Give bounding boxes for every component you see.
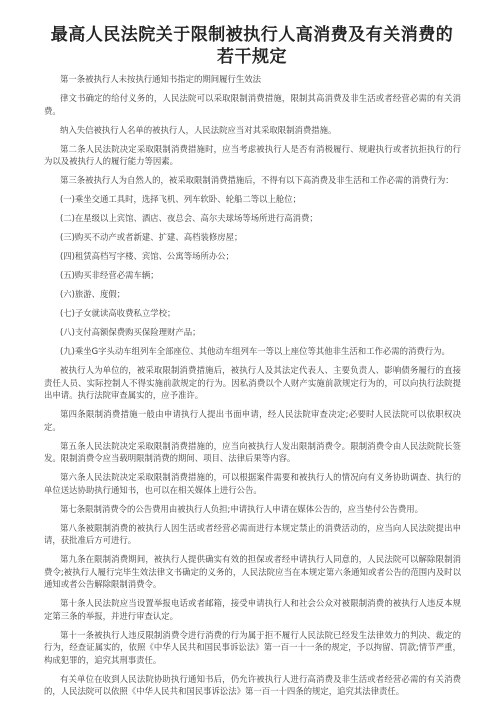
document-page: 最高人民法院关于限制被执行人高消费及有关消费的 若干规定 第一条被执行人未按执行… <box>0 0 504 713</box>
paragraph-article-5: 第五条人民法院决定采取限制消费措施的，应当向被执行人发出限制消费令。限制消费令由… <box>44 440 461 465</box>
document-title: 最高人民法院关于限制被执行人高消费及有关消费的 若干规定 <box>40 24 464 68</box>
paragraph-article-1-part-3: 纳入失信被执行人名单的被执行人，人民法院应当对其采取限制消费措施。 <box>44 124 461 137</box>
paragraph-article-3-units: 被执行人为单位的，被采取限制消费措施后，被执行人及其法定代表人、主要负责人、影响… <box>44 364 461 402</box>
list-item-3-3: (三)购买不动产或者新建、扩建、高档装修房屋； <box>44 231 461 244</box>
list-item-3-2: (二)在星级以上宾馆、酒店、夜总会、高尔夫球场等场所进行高消费； <box>44 212 461 225</box>
list-item-3-4: (四)租赁高档写字楼、宾馆、公寓等场所办公； <box>44 250 461 263</box>
list-item-3-5: (五)购买非经营必需车辆； <box>44 269 461 282</box>
paragraph-article-10: 第十条人民法院应当设置举报电话或者邮箱，接受申请执行人和社会公众对被限制消费的被… <box>44 597 461 622</box>
paragraph-article-11-units: 有关单位在收到人民法院协助执行通知书后，仍允许被执行人进行高消费及非生活或者经营… <box>44 673 461 698</box>
paragraph-article-4: 第四条限制消费措施一般由申请执行人提出书面申请，经人民法院审查决定;必要时人民法… <box>44 408 461 433</box>
paragraph-article-7: 第七条限制消费令的公告费用由被执行人负担;申请执行人申请在媒体公告的，应当垫付公… <box>44 503 461 516</box>
list-item-3-6: (六)旅游、度假； <box>44 288 461 301</box>
paragraph-article-2: 第二条人民法院决定采取限制消费措施时，应当考虑被执行人是否有消极履行、规避执行或… <box>44 143 461 168</box>
paragraph-article-3: 第三条被执行人为自然人的，被采取限制消费措施后，不得有以下高消费及非生活和工作必… <box>44 174 461 187</box>
title-line-1: 最高人民法院关于限制被执行人高消费及有关消费的 <box>40 24 464 46</box>
title-line-2: 若干规定 <box>40 46 464 68</box>
paragraph-article-9: 第九条在限制消费期间，被执行人提供确实有效的担保或者经申请执行人同意的，人民法院… <box>44 553 461 591</box>
document-body: 第一条被执行人未按执行通知书指定的期间履行生效法 律文书确定的给付义务的，人民法… <box>44 73 461 704</box>
paragraph-article-1-part-2: 律文书确定的给付义务的，人民法院可以采取限制消费措施，限制其高消费及非生活或者经… <box>44 92 461 117</box>
paragraph-article-8: 第八条被限制消费的被执行人因生活或者经营必需而进行本规定禁止的消费活动的，应当向… <box>44 522 461 547</box>
list-item-3-8: (八)支付高额保费购买保险理财产品； <box>44 326 461 339</box>
paragraph-article-6: 第六条人民法院决定采取限制消费措施的，可以根据案件需要和被执行人的情况向有义务协… <box>44 471 461 496</box>
list-item-3-9: (九)乘坐G字头动车组列车全部座位、其他动车组列车一等以上座位等其他非生活和工作… <box>44 345 461 358</box>
list-item-3-7: (七)子女就读高收费私立学校； <box>44 307 461 320</box>
paragraph-article-1-part-1: 第一条被执行人未按执行通知书指定的期间履行生效法 <box>44 73 461 86</box>
list-item-3-1: (一)乘坐交通工具时，选择飞机、列车软卧、轮船二等以上舱位； <box>44 193 461 206</box>
paragraph-article-11: 第十一条被执行人违反限制消费令进行消费的行为属于拒不履行人民法院已经发生法律效力… <box>44 629 461 667</box>
